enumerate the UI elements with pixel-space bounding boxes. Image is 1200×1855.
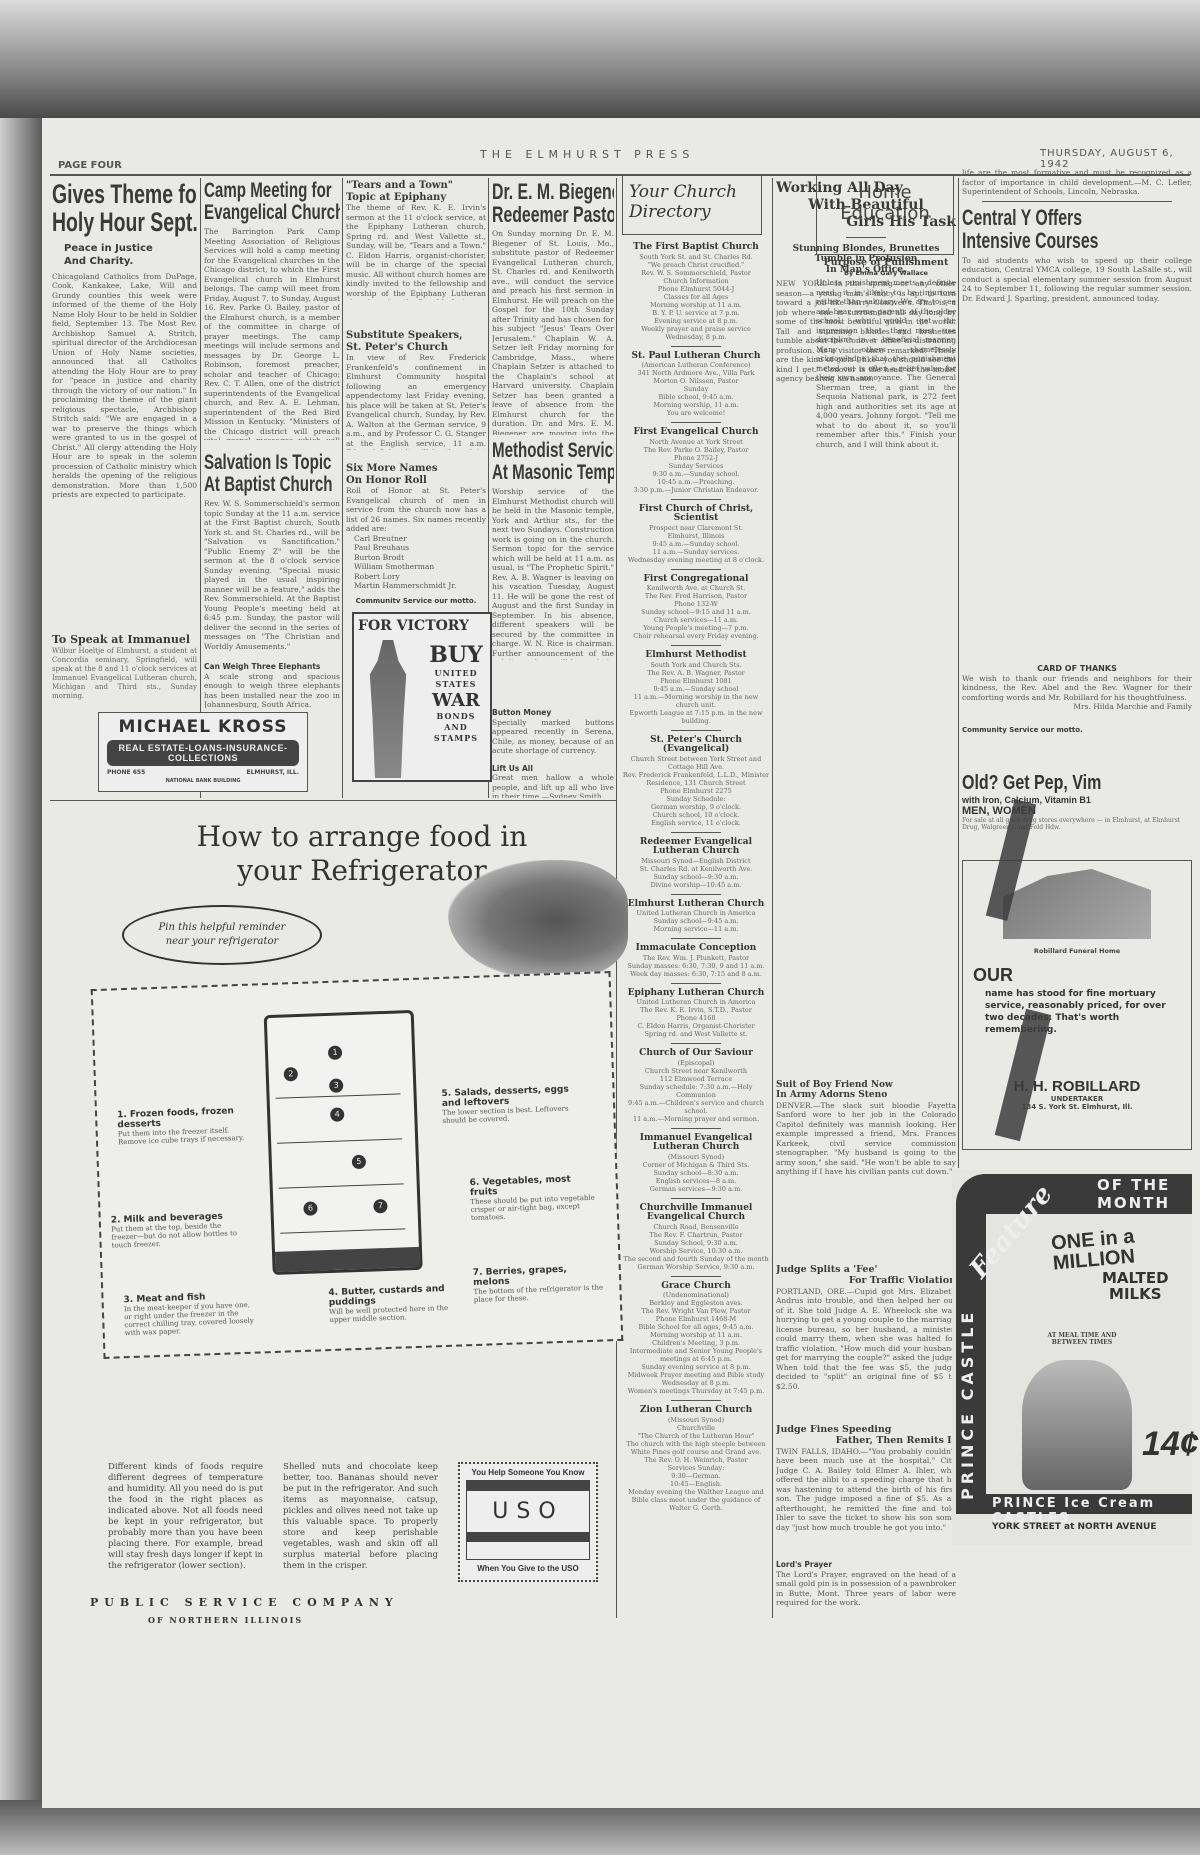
church-detail: Wednesday evening meeting at 8 o'clock.: [622, 556, 770, 564]
headline-line: Substitute Speakers,: [346, 330, 486, 342]
church-detail: The Rev. Wm. J. Plunkett, Pastor: [622, 954, 770, 962]
article-body: To aid students who wish to speed up the…: [962, 256, 1192, 304]
vertical-brand: PRINCE CASTLE: [958, 1309, 977, 1500]
ad-company-sub: OF NORTHERN ILLINOIS: [148, 1615, 303, 1625]
and-text: AND: [422, 722, 490, 733]
ad-text: name has stood for fine mortuary service…: [985, 988, 1181, 1036]
ad-buy-block: BUY UNITED STATES WAR BONDS AND STAMPS: [422, 642, 490, 744]
honor-roll-names: Carl Breutner Paul Breuhaus Burton Brodt…: [346, 534, 486, 591]
marker-4: 4: [330, 1107, 344, 1121]
church-detail: Residence, 131 Church Street: [622, 779, 770, 787]
church-detail: Church school, 10 o'clock.: [622, 811, 770, 819]
church-detail: Church services—11 a.m.: [622, 616, 770, 624]
church-name: Elmhurst Methodist: [622, 651, 770, 661]
flag-bar: [467, 1532, 589, 1542]
motto: Community Service our motto.: [346, 597, 486, 604]
church-detail: You are welcome!: [622, 409, 770, 417]
ad-pep-tablets: Old? Get Pep, Vim with Iron, Calcium, Vi…: [962, 772, 1192, 842]
buy-text: BUY: [422, 642, 490, 668]
article-body: A scale strong and spacious enough to we…: [204, 672, 340, 709]
subhead: Purpose of Punishment: [816, 258, 956, 269]
church-detail: (Missouri Synod): [622, 1153, 770, 1161]
church-detail: 11 a.m.—Morning worship in the new churc…: [622, 693, 770, 709]
church-detail: Bible school, 9:45 a.m.: [622, 393, 770, 401]
church-name: First Evangelical Church: [622, 428, 770, 438]
headline-line: Holy Hour Sept. 13: [52, 208, 196, 236]
headline-line: Intensive Courses: [962, 229, 1178, 252]
church-detail: Weekly prayer and praise service Wednesd…: [622, 325, 770, 341]
headline-line: Camp Meeting for: [204, 180, 340, 202]
church-detail: North Avenue at York Street: [622, 438, 770, 446]
ad-address: 134 S. York St. Elmhurst, Ill.: [963, 1103, 1191, 1111]
headline: Lord's Prayer: [776, 1560, 956, 1570]
item-vegetables: 6. Vegetables, most fruitsThese should b…: [470, 1174, 601, 1223]
church-detail: St. Charles Rd. at Kenilworth Ave.: [622, 865, 770, 873]
church-detail: Epworth League at 7:15 p.m. in the new b…: [622, 709, 770, 725]
byline: By Emma Gary Wallace: [816, 269, 956, 279]
uso-letters: USO: [467, 1491, 589, 1532]
flag-bar: [467, 1481, 589, 1491]
shelf: [276, 1093, 401, 1098]
states-text: STATES: [422, 679, 490, 690]
church-detail: South York and Church Sts.: [622, 661, 770, 669]
article-body: Chicagoland Catholics from DuPage, Cook,…: [52, 272, 197, 500]
bonds-text: BONDS: [422, 711, 490, 722]
church-detail: Morton O. Nilssen, Pastor: [622, 377, 770, 385]
church-detail: Phone Elmhurst 1468-M: [622, 1315, 770, 1323]
church-detail: Phone 132-W: [622, 600, 770, 608]
ad-war-bonds: FOR VICTORY BUY UNITED STATES WAR BONDS …: [352, 612, 492, 782]
funeral-home-illustration: [1003, 869, 1151, 939]
church-detail: Sunday Services: [622, 462, 770, 470]
church-detail: United Lutheran Church in America: [622, 998, 770, 1006]
divider: [671, 1128, 721, 1129]
war-text: WAR: [422, 690, 490, 711]
headline-line: St. Peter's Church: [346, 342, 486, 354]
reminder-line: Pin this helpful reminder: [124, 921, 320, 935]
church-detail: Sunday: [622, 385, 770, 393]
divider: [671, 645, 721, 646]
ad-refrigerator: How to arrange food in your Refrigerator…: [62, 810, 618, 1470]
article-camp-meeting: Camp Meeting for Evangelical Churches Th…: [204, 180, 340, 440]
united-text: UNITED: [422, 668, 490, 679]
church-name: The First Baptist Church: [622, 243, 770, 253]
church-detail: Midweek Prayer meeting and Bible study W…: [622, 1371, 770, 1387]
church-detail: Rev. W. S. Sommerschield, Pastor: [622, 269, 770, 277]
ad-headline: FOR VICTORY: [354, 614, 490, 634]
church-detail: The Rev. F. Chartrun, Pastor: [622, 1231, 770, 1239]
headline: Salvation Is Topic At Baptist Church: [204, 452, 340, 496]
marker-7: 7: [373, 1199, 387, 1213]
meal-time: AT MEAL TIME AND BETWEEN TIMES: [1027, 1332, 1137, 1346]
church-detail: German services—9:30 a.m.: [622, 1185, 770, 1193]
church-detail: Sunday schedule: 7:30 a.m.—Holy Communio…: [622, 1083, 770, 1099]
headline: Button Money: [492, 708, 614, 718]
column-rule: [342, 178, 343, 798]
church-name: Redeemer Evangelical Lutheran Church: [622, 838, 770, 857]
subhead-line: And Charity.: [64, 255, 197, 268]
church-detail: 11 a.m.—Sunday services.: [622, 548, 770, 556]
church-detail: Sunday school—9:45 a.m.: [622, 917, 770, 925]
church-detail: Spring rd. and West Vallette st.: [622, 1030, 770, 1038]
meal-line: AT MEAL TIME AND: [1027, 1332, 1137, 1339]
ad-headline: Old? Get Pep, Vim: [962, 772, 1146, 795]
card-of-thanks: CARD OF THANKS We wish to thank our frie…: [962, 664, 1192, 764]
church-detail: (Episcopal): [622, 1059, 770, 1067]
church-detail: 9:30—German.: [622, 1472, 770, 1480]
article-methodist: Methodist Services At Masonic Temple Wor…: [492, 440, 614, 660]
church-detail: Phone Elmhurst 2275: [622, 787, 770, 795]
divider: [671, 1276, 721, 1277]
article-body: Specially marked buttons appeared recent…: [492, 718, 614, 756]
stamps-text: STAMPS: [422, 733, 490, 744]
divider: [671, 569, 721, 570]
church-detail: The Rev. A. B. Wagner, Pastor: [622, 669, 770, 677]
article-body: Great men hallow a whole people, and lif…: [492, 773, 614, 798]
item-text: The lower section is best. Leftovers sho…: [442, 1104, 572, 1125]
church-detail: B. Y. P. U. service at 7 p.m.: [622, 309, 770, 317]
headline-line: Father, Then Remits It: [776, 1436, 956, 1447]
refrigerator-base: [275, 1247, 420, 1272]
item-meat: 3. Meat and fishIn the meat-keeper if yo…: [123, 1291, 254, 1338]
church-detail: Berkley and Eggleston aves.: [622, 1299, 770, 1307]
scan-edge-left: [0, 118, 42, 1808]
marker-5: 5: [352, 1155, 366, 1169]
church-detail: Corner of Michigan & Third Sts.: [622, 1161, 770, 1169]
article-body: Unless punishment meets a definite need,…: [816, 278, 956, 449]
shelf: [277, 1138, 402, 1143]
church-detail: Week day masses: 6:30, 7:15 and 8 a.m.: [622, 970, 770, 978]
headline-line: "Tears and a Town": [346, 180, 486, 192]
article-button-money: Button Money Specially marked buttons ap…: [492, 708, 614, 798]
section-rule: [50, 800, 616, 801]
honor-name: Burton Brodt: [354, 553, 486, 563]
article-judge-fines: Judge Fines Speeding Father, Then Remits…: [776, 1425, 956, 1540]
article-body: Worship service of the Elmhurst Methodis…: [492, 487, 614, 660]
church-detail: The Rev. K. E. Irvin, S.T.D., Pastor: [622, 1006, 770, 1014]
ad-building: NATIONAL BANK BUILDING: [99, 778, 307, 784]
church-detail: English service, 11 o'clock.: [622, 819, 770, 827]
ad-company: PUBLIC SERVICE COMPANY: [90, 1596, 420, 1609]
malted-cup-icon: [1022, 1360, 1132, 1490]
church-detail: "We preach Christ crucified.": [622, 261, 770, 269]
church-detail: Sunday masses: 6:30, 7:30, 9 and 11 a.m.: [622, 962, 770, 970]
headline: Can Weigh Three Elephants: [204, 662, 340, 672]
church-name: First Church of Christ, Scientist: [622, 505, 770, 524]
church-detail: Churchville: [622, 1424, 770, 1432]
church-detail: Sunday school—9:30 a.m.: [622, 873, 770, 881]
church-directory-list: The First Baptist ChurchSouth York St. a…: [622, 238, 770, 1613]
church-detail: Elmhurst, Illinois: [622, 532, 770, 540]
headline: CARD OF THANKS: [962, 664, 1192, 674]
item-text: The bottom of the refrigerator is the pl…: [473, 1283, 603, 1304]
church-detail: Sunday evening service at 8 p.m.: [622, 1363, 770, 1371]
item-berries: 7. Berries, grapes, melonsThe bottom of …: [473, 1263, 604, 1304]
headline: Judge Fines Speeding Father, Then Remits…: [776, 1425, 956, 1447]
uso-bottom: When You Give to the USO: [460, 1564, 596, 1573]
item-text: Put them into the freezer itself. Remove…: [118, 1126, 248, 1147]
church-detail: 341 North Ardmore Ave., Villa Park: [622, 369, 770, 377]
church-name: Churchville Immanuel Evangelical Church: [622, 1204, 770, 1223]
honor-name: Carl Breutner: [354, 534, 486, 544]
honor-name: William Smotherman: [354, 562, 486, 572]
item-text: Will be well protected here in the upper…: [329, 1304, 459, 1325]
church-name: Zion Lutheran Church: [622, 1406, 770, 1416]
reminder-bubble: Pin this helpful reminder near your refr…: [122, 905, 322, 965]
church-detail: (Missouri Synod): [622, 1416, 770, 1424]
church-detail: Evening service at 8 p.m.: [622, 317, 770, 325]
church-detail: The Rev. Fred Harrison, Pastor: [622, 592, 770, 600]
honor-name: Robert Lory: [354, 572, 486, 582]
church-detail: Rev. Frederick Frankenfeld, L.L.D., Mini…: [622, 771, 770, 779]
church-detail: Intermediate and Senior Young People's m…: [622, 1347, 770, 1363]
church-detail: English services—8 a.m.: [622, 1177, 770, 1185]
ad-uso: You Help Someone You Know USO When You G…: [458, 1462, 598, 1582]
church-name: Grace Church: [622, 1282, 770, 1292]
church-detail: South York St. and St. Charles Rd.: [622, 253, 770, 261]
ad-footer: PHONE 655 ELMHURST, ILL.: [99, 769, 307, 776]
church-detail: Services Sunday:: [622, 1464, 770, 1472]
directory-title: Your Church Directory: [623, 176, 761, 222]
church-detail: 9:30 a.m.—Sunday school.: [622, 470, 770, 478]
item-text: Put them at the top, beside the freezer—…: [111, 1221, 242, 1250]
product-name: ONE in a MILLION: [1050, 1226, 1137, 1273]
ad-body: For sale at all good drug stores everywh…: [962, 817, 1192, 831]
ad-caption: Robillard Funeral Home: [963, 947, 1191, 955]
church-detail: 9:45 a.m.—Sunday school: [622, 685, 770, 693]
ad-subhead: with Iron, Calcium, Vitamin B1: [962, 795, 1192, 805]
headline: Central Y Offers Intensive Courses: [962, 206, 1178, 252]
malted-milks: MALTED MILKS: [1102, 1270, 1169, 1302]
article-intro: life are the most formative and must be …: [962, 168, 1192, 197]
church-detail: C. Eldon Harris, Organist-Chorister: [622, 1022, 770, 1030]
church-detail: Sunday School, 9:30 a.m.: [622, 1239, 770, 1247]
ad-building-text: NATIONAL BANK BUILDING: [166, 778, 241, 784]
headline-line: At Masonic Temple: [492, 462, 614, 484]
ad-michael-kross: MICHAEL KROSS REAL ESTATE-LOANS-INSURANC…: [98, 712, 308, 792]
headline-line: On Honor Roll: [346, 475, 486, 487]
item-milk: 2. Milk and beveragesPut them at the top…: [111, 1211, 242, 1250]
article-holy-hour: Gives Theme for Holy Hour Sept. 13 Peace…: [52, 180, 197, 610]
church-detail: The Rev. Parke O. Bailey, Pastor: [622, 446, 770, 454]
minuteman-icon: [362, 640, 414, 778]
church-name: First Congregational: [622, 575, 770, 585]
scan-edge-bottom: [0, 1800, 1200, 1855]
motto: Community Service our motto.: [962, 726, 1192, 736]
church-detail: Church Information: [622, 277, 770, 285]
church-name: Epiphany Lutheran Church: [622, 989, 770, 999]
ad-address: YORK STREET at NORTH AVENUE: [992, 1522, 1156, 1532]
price: 14¢: [1142, 1425, 1199, 1464]
ad-prince-castle: Feature OF THE MONTH PRINCE CASTLE ONE i…: [952, 1170, 1192, 1545]
article-salvation: Salvation Is Topic At Baptist Church Rev…: [204, 452, 340, 662]
item-butter: 4. Butter, custards and puddingsWill be …: [328, 1284, 459, 1325]
article-body: The theme of Rev. K. E. Irvin's sermon a…: [346, 203, 486, 300]
article-body: Rev. W. S. Sommerschield's sermon topic …: [204, 499, 340, 651]
headline: Methodist Services At Masonic Temple: [492, 440, 614, 484]
headline: Six More Names On Honor Roll: [346, 463, 486, 486]
item-text: These should be put into vegetable crisp…: [470, 1194, 601, 1223]
church-detail: 11 a.m.—Morning prayer and sermon.: [622, 1115, 770, 1123]
item-salads: 5. Salads, desserts, eggs and leftoversT…: [441, 1084, 572, 1125]
issue-date: THURSDAY, AUGUST 6, 1942: [1040, 148, 1190, 170]
divider: [671, 1198, 721, 1199]
church-detail: The second and fourth Sunday of the mont…: [622, 1255, 770, 1271]
headline-line: Gives Theme for: [52, 180, 196, 208]
church-detail: "The Church of the Lutheran Hour": [622, 1432, 770, 1440]
honor-name: Martin Hammerschmidt Jr.: [354, 581, 486, 591]
item-frozen: 1. Frozen foods, frozen dessertsPut them…: [117, 1106, 248, 1147]
article-biegener: Dr. E. M. Biegener Redeemer Pastor On Su…: [492, 180, 614, 435]
church-detail: Morning service—11 a.m.: [622, 925, 770, 933]
uso-top: You Help Someone You Know: [460, 1468, 596, 1477]
marker-1: 1: [328, 1045, 342, 1059]
article-central-y: life are the most formative and must be …: [962, 168, 1192, 468]
church-detail: The Rev. Wright Van Plew, Pastor: [622, 1307, 770, 1315]
directory-title-line: Directory: [629, 202, 761, 222]
headline-line: Evangelical Churches: [204, 202, 340, 224]
headline-line: Dr. E. M. Biegener: [492, 180, 614, 203]
home-education-title: Home Education: [817, 182, 953, 224]
title-line: How to arrange food in: [132, 820, 592, 854]
church-detail: Church Street between York Street and Co…: [622, 755, 770, 771]
divider: [982, 201, 1172, 202]
church-detail: Choir rehearsal every Friday evening.: [622, 632, 770, 640]
church-detail: Morning worship, 11 a.m.: [622, 401, 770, 409]
church-directory-header: Your Church Directory: [622, 175, 762, 235]
church-detail: German worship, 9 o'clock.: [622, 803, 770, 811]
headline-line: Six More Names: [346, 463, 486, 475]
ad-body-col2: Shelled nuts and chocolate keep better, …: [283, 1462, 438, 1572]
article-body: TWIN FALLS, IDAHO.—"You probably couldn'…: [776, 1447, 956, 1533]
church-name: Immaculate Conception: [622, 944, 770, 954]
church-detail: Worship Service, 10:30 a.m.: [622, 1247, 770, 1255]
article-body: The Lord's Prayer, engraved on the head …: [776, 1570, 956, 1608]
church-detail: Church Street near Kenilworth: [622, 1067, 770, 1075]
signature: Mrs. Hilda Marchie and Family: [962, 702, 1192, 712]
article-body: The Barrington Park Camp Meeting Associa…: [204, 227, 340, 440]
church-detail: The church with the high steeple between…: [622, 1440, 770, 1456]
headline: Lift Us All: [492, 764, 614, 774]
church-detail: 112 Elmwood Terrace: [622, 1075, 770, 1083]
divider: [671, 422, 721, 423]
headline-line: At Baptist Church: [204, 474, 340, 496]
newspaper-title: THE ELMHURST PRESS: [480, 148, 694, 161]
article-body: On Sunday morning Dr. E. M. Biegener of …: [492, 229, 614, 435]
church-name: St. Paul Lutheran Church: [622, 352, 770, 362]
church-detail: Children's Meeting, 3 p.m.: [622, 1339, 770, 1347]
divider: [671, 832, 721, 833]
divider: [671, 938, 721, 939]
subhead: Peace in Justice And Charity.: [64, 242, 197, 268]
of-the-line: OF THE: [1097, 1176, 1170, 1194]
church-detail: Phone Elmhurst 5044-J: [622, 285, 770, 293]
marker-2: 2: [284, 1067, 298, 1081]
article-substitute-speakers: Substitute Speakers, St. Peter's Church …: [346, 330, 486, 450]
church-detail: Phone Elmhurst 1081: [622, 677, 770, 685]
church-name: Immanuel Evangelical Lutheran Church: [622, 1134, 770, 1153]
reminder-card: 1 2 3 4 5 6 7 1. Frozen foods, frozen de…: [91, 971, 624, 1359]
church-name: Elmhurst Lutheran Church: [622, 900, 770, 910]
church-detail: Sunday school—8:30 a.m.: [622, 1169, 770, 1177]
church-detail: Classes for all Ages: [622, 293, 770, 301]
church-detail: 9:45 a.m.—Sunday school.: [622, 540, 770, 548]
ad-men-women: MEN, WOMEN: [962, 805, 1192, 817]
item-text: In the meat-keeper if you have one, or r…: [124, 1301, 255, 1338]
shelf: [280, 1228, 405, 1233]
marker-6: 6: [303, 1201, 317, 1215]
divider: [671, 983, 721, 984]
directory-title-line: Your Church: [629, 182, 761, 202]
article-body: Wilbur Hoeltje of Elmhurst, a student at…: [52, 647, 197, 701]
church-detail: 10:45 a.m.—Preaching.: [622, 478, 770, 486]
ad-city: ELMHURST, ILL.: [247, 769, 300, 776]
article-lords-prayer: Lord's Prayer The Lord's Prayer, engrave…: [776, 1560, 956, 1615]
article-body: We wish to thank our friends and neighbo…: [962, 674, 1192, 703]
subhead-line: Peace in Justice: [64, 242, 197, 255]
column-rule: [200, 178, 201, 798]
church-detail: Missouri Synod—English District: [622, 857, 770, 865]
church-detail: United Lutheran Church in America: [622, 909, 770, 917]
church-detail: Prospect near Claremont St.: [622, 524, 770, 532]
divider: [671, 499, 721, 500]
headline-line: Redeemer Pastor: [492, 203, 614, 226]
column-rule: [772, 178, 773, 1618]
title-line: Education: [817, 203, 953, 224]
marker-3: 3: [329, 1078, 343, 1092]
ad-business-name: H. H. ROBILLARD: [963, 1078, 1191, 1095]
ad-body-col1: Different kinds of foods require differe…: [108, 1462, 263, 1572]
church-detail: Morning worship at 11 a.m.: [622, 1331, 770, 1339]
headline: Judge Splits a 'Fee' For Traffic Violati…: [776, 1265, 956, 1287]
headline-line: For Traffic Violation: [776, 1276, 956, 1287]
church-detail: Church Road, Bensenville: [622, 1223, 770, 1231]
church-detail: The Rev. O. H. Weinrich, Pastor: [622, 1456, 770, 1464]
church-detail: 9:45 a.m.—Children's service and church …: [622, 1099, 770, 1115]
column-rule: [958, 178, 959, 1168]
title-line: Home: [817, 182, 953, 203]
article-judge-fee: Judge Splits a 'Fee' For Traffic Violati…: [776, 1265, 956, 1395]
headline: Substitute Speakers, St. Peter's Church: [346, 330, 486, 353]
headline: Camp Meeting for Evangelical Churches: [204, 180, 340, 224]
article-immanuel: To Speak at Immanuel Wilbur Hoeltje of E…: [52, 634, 197, 704]
church-detail: 3:30 p.m.—Junior Christian Endeavor.: [622, 486, 770, 494]
scan-edge-top: [0, 0, 1200, 118]
article-tears-town: "Tears and a Town" Topic at Epiphany The…: [346, 180, 486, 300]
church-detail: Bible School for all ages, 9:45 a.m.: [622, 1323, 770, 1331]
meal-line: BETWEEN TIMES: [1027, 1339, 1137, 1346]
malted-line: MALTED: [1102, 1270, 1169, 1286]
church-detail: (American Lutheran Conference): [622, 361, 770, 369]
ad-our: OUR: [973, 965, 1191, 986]
church-detail: Phone 2752-J: [622, 454, 770, 462]
headline-line: Methodist Services: [492, 440, 614, 462]
divider: [671, 1043, 721, 1044]
article-honor-roll: Six More Names On Honor Roll Roll of Hon…: [346, 463, 486, 603]
uso-flag: USO: [466, 1480, 590, 1560]
ad-name: MICHAEL KROSS: [99, 717, 307, 737]
ad-role: UNDERTAKER: [963, 1095, 1191, 1103]
church-name: Church of Our Saviour: [622, 1049, 770, 1059]
headline-line: Central Y Offers: [962, 206, 1178, 229]
reminder-line: near your refrigerator: [124, 935, 320, 949]
month-line: MONTH: [1097, 1194, 1170, 1212]
divider: [671, 894, 721, 895]
ad-services: REAL ESTATE-LOANS-INSURANCE-COLLECTIONS: [107, 740, 299, 766]
hand-illustration: [448, 860, 628, 980]
church-detail: Kenilworth Ave. at Church St.: [622, 584, 770, 592]
church-detail: Phone 4168: [622, 1014, 770, 1022]
